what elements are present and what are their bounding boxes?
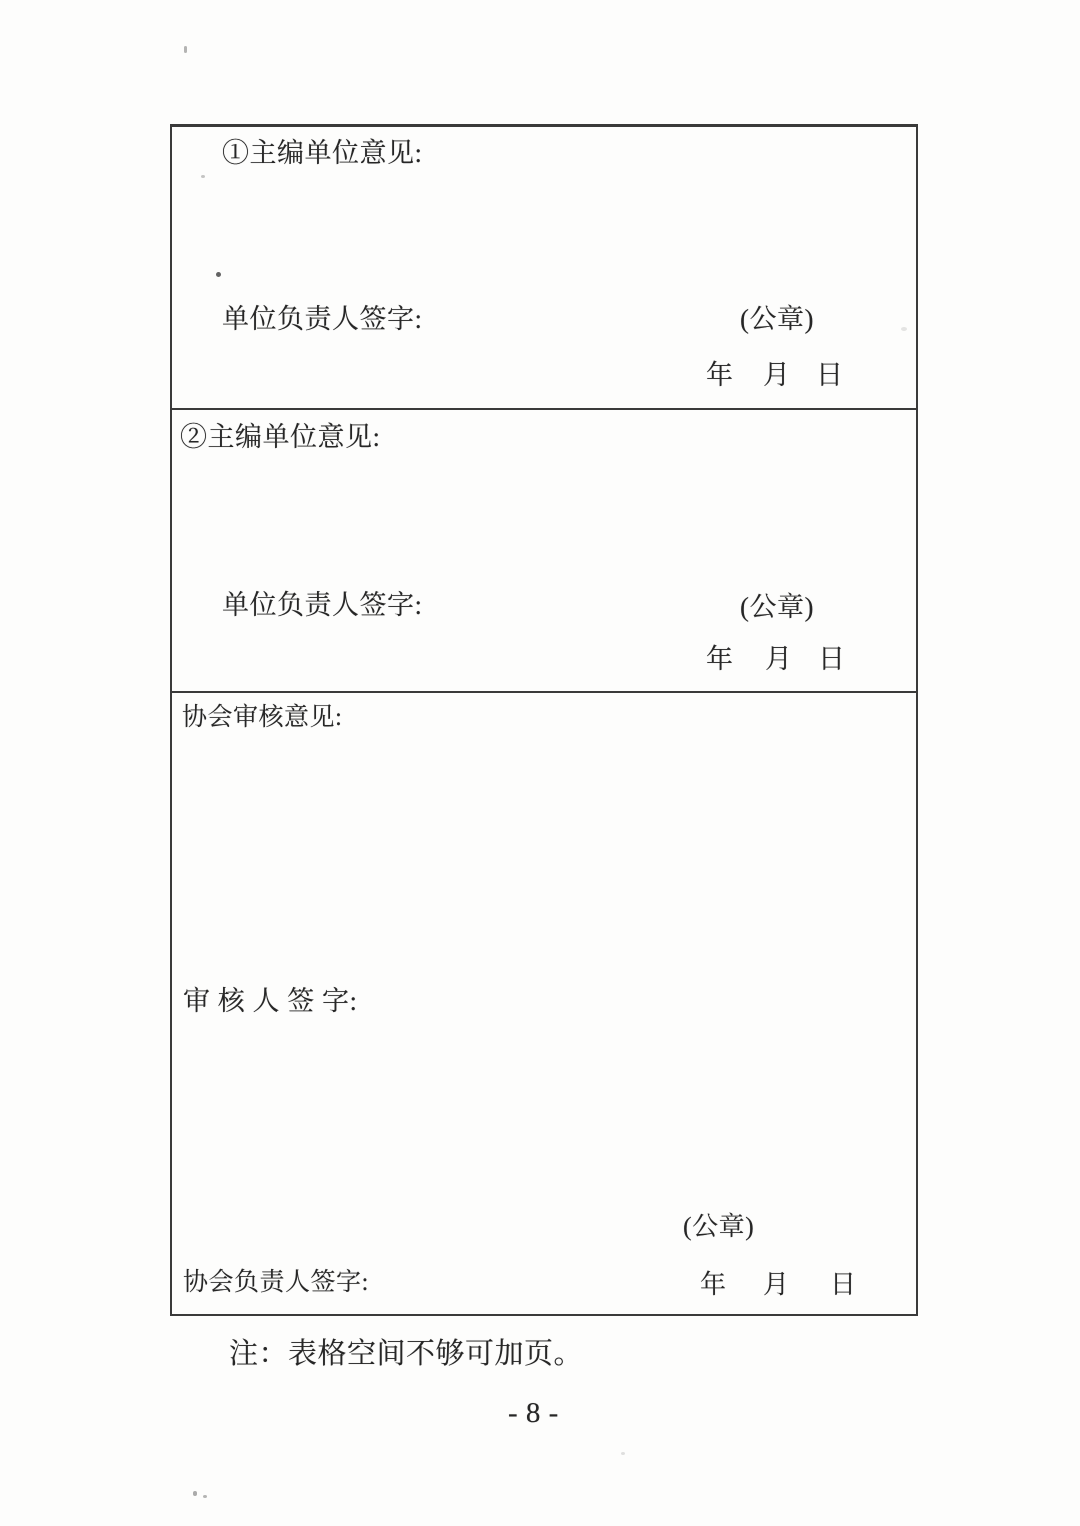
unit1-date-month-label: 月 [763,362,791,389]
table-note: 注：表格空间不够可加页。 [229,1340,583,1369]
reviewer-signature-label: 审 核 人 签 字: [183,988,358,1015]
opinion-form-table: ①主编单位意见: 单位负责人签字: (公章) 年 月 日 ②主编单位意见: 单位… [170,124,918,1316]
unit1-official-seal-label: (公章) [740,306,814,333]
scan-artifact [621,1452,625,1455]
scan-artifact [201,175,205,178]
unit1-date-day-label: 日 [816,362,844,389]
unit2-date-month-label: 月 [765,646,793,673]
unit1-date-year-label: 年 [706,362,734,389]
association-review-opinion-label: 协会审核意见: [182,705,342,730]
scan-artifact [901,327,907,331]
scan-artifact [193,1491,197,1496]
association-date-day-label: 日 [830,1272,857,1298]
scan-artifact [184,46,187,53]
scan-artifact [203,1495,207,1498]
table-row-unit1-opinion: ①主编单位意见: 单位负责人签字: (公章) 年 月 日 [172,127,916,408]
association-date-year-label: 年 [700,1272,727,1298]
unit2-date-day-label: 日 [818,646,846,673]
unit2-responsible-signature-label: 单位负责人签字: [222,592,423,619]
scanned-form-page: ①主编单位意见: 单位负责人签字: (公章) 年 月 日 ②主编单位意见: 单位… [0,0,1080,1526]
unit1-responsible-signature-label: 单位负责人签字: [222,306,423,333]
page-number: - 8 - [508,1399,559,1428]
association-date-month-label: 月 [763,1272,790,1298]
table-row-association-review: 协会审核意见: 审 核 人 签 字: (公章) 协会负责人签字: 年 月 日 [172,693,916,1314]
association-responsible-signature-label: 协会负责人签字: [183,1270,369,1295]
unit2-official-seal-label: (公章) [740,594,814,621]
unit1-opinion-label: ①主编单位意见: [222,140,423,167]
table-row-unit2-opinion: ②主编单位意见: 单位负责人签字: (公章) 年 月 日 [172,410,916,691]
association-official-seal-label: (公章) [683,1214,754,1240]
unit2-date-year-label: 年 [706,646,734,673]
unit2-opinion-label: ②主编单位意见: [180,424,381,451]
scan-artifact [216,272,221,277]
